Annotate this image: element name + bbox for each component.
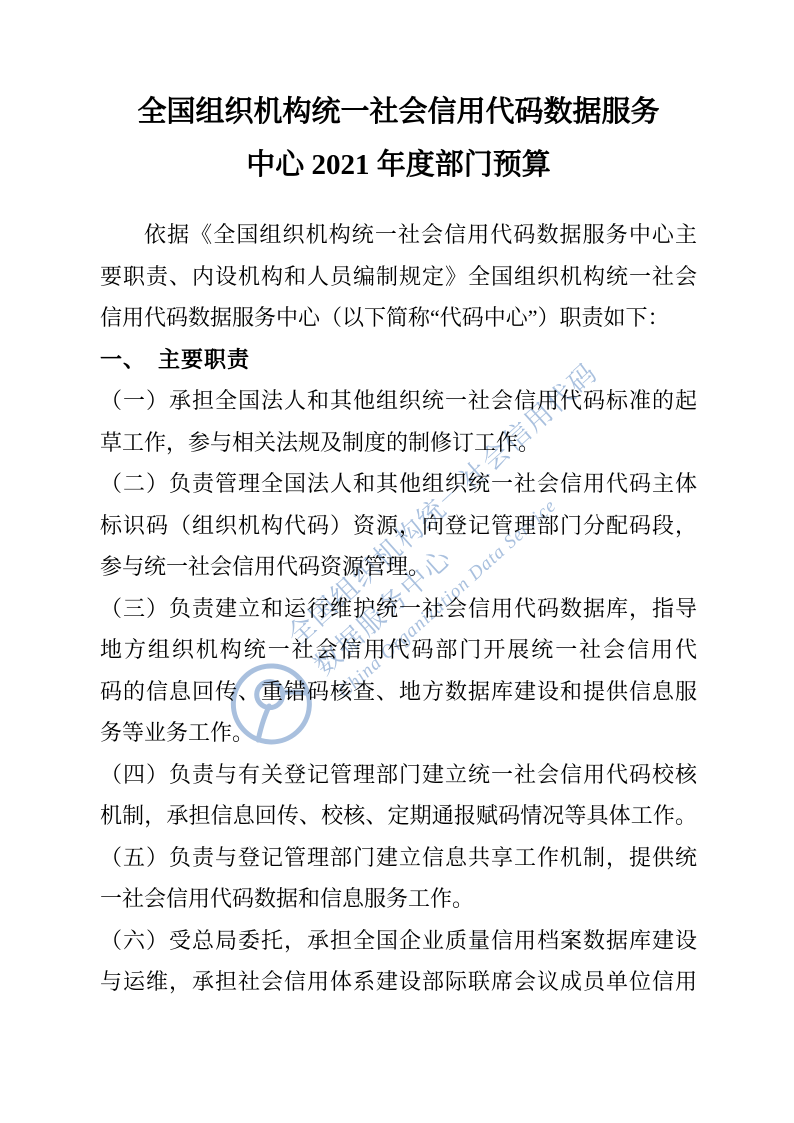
body-line: 参与统一社会信用代码资源管理。 [100,546,697,588]
document-page: 全国组织机构统一社会信用代码 数据服务中心 China Organization… [0,0,794,1123]
body-line: 信用代码数据服务中心（以下简称“代码中心”）职责如下： [100,297,697,339]
document-title-line2: 中心 2021 年度部门预算 [100,139,697,192]
document-title: 全国组织机构统一社会信用代码数据服务 中心 2021 年度部门预算 [100,86,697,192]
body-line: （六）受总局委托，承担全国企业质量信用档案数据库建设 [100,920,697,962]
body-line: 与运维，承担社会信用体系建设部际联席会议成员单位信用 [100,961,697,1003]
body-line: （五）负责与登记管理部门建立信息共享工作机制，提供统 [100,837,697,879]
body-line: 一社会信用代码数据和信息服务工作。 [100,878,697,920]
body-line: （一）承担全国法人和其他组织统一社会信用代码标准的起 [100,380,697,422]
body-line: 码的信息回传、重错码核查、地方数据库建设和提供信息服 [100,671,697,713]
body-line: 标识码（组织机构代码）资源，向登记管理部门分配码段， [100,505,697,547]
document-title-line1: 全国组织机构统一社会信用代码数据服务 [100,86,697,139]
body-line: 务等业务工作。 [100,712,697,754]
body-line: 地方组织机构统一社会信用代码部门开展统一社会信用代 [100,629,697,671]
body-line: 机制，承担信息回传、校核、定期通报赋码情况等具体工作。 [100,795,697,837]
body-lines: 依据《全国组织机构统一社会信用代码数据服务中心主要职责、内设机构和人员编制规定》… [100,214,697,1003]
document-content: 全国组织机构统一社会信用代码数据服务 中心 2021 年度部门预算 依据《全国组… [100,0,697,1003]
body-line: 草工作，参与相关法规及制度的制修订工作。 [100,422,697,464]
body-line: （二）负责管理全国法人和其他组织统一社会信用代码主体 [100,463,697,505]
section-heading: 一、 主要职责 [100,339,697,381]
body-line: 要职责、内设机构和人员编制规定》全国组织机构统一社会 [100,256,697,298]
body-line: （三）负责建立和运行维护统一社会信用代码数据库，指导 [100,588,697,630]
body-line: （四）负责与有关登记管理部门建立统一社会信用代码校核 [100,754,697,796]
body-line: 依据《全国组织机构统一社会信用代码数据服务中心主 [100,214,697,256]
